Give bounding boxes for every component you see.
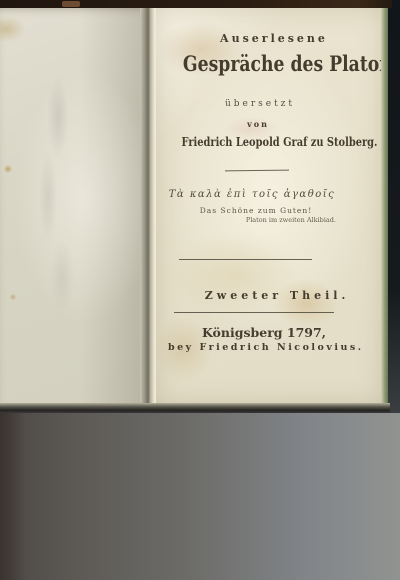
title-page: Auserlesene Gespräche des Platon überset…: [156, 7, 384, 406]
open-book: Auserlesene Gespräche des Platon überset…: [0, 0, 400, 413]
book-title: Gespräche des Platon: [160, 51, 352, 76]
page-block-bottom-edge: [0, 403, 390, 413]
by-label: von: [164, 119, 352, 129]
book-top-edge: [0, 0, 392, 8]
imprint-place-year: Königsberg 1797,: [176, 325, 352, 340]
right-dark-edge: [388, 0, 400, 413]
motto-german: Das Schöne zum Guten!: [160, 206, 352, 215]
divider-imprint: [174, 312, 334, 313]
motto-greek: Τὰ καλὰ ἐπὶ τοῖς ἀγαθοῖς: [160, 189, 344, 200]
volume-label: Zweeter Theil.: [202, 289, 352, 302]
translated-label: übersetzt: [168, 99, 352, 109]
facing-blank-page: [0, 7, 146, 406]
title-page-text: Auserlesene Gespräche des Platon überset…: [160, 7, 352, 406]
divider-middle: [179, 259, 312, 260]
book-photo: Auserlesene Gespräche des Platon überset…: [0, 0, 400, 580]
motto-attribution: Platon im zweiten Alkibiad.: [160, 216, 352, 224]
page-gutter: [140, 7, 157, 406]
imprint-publisher: bey Friedrich Nicolovius.: [168, 342, 352, 353]
divider-top: [225, 170, 289, 172]
series-line: Auserlesene: [196, 32, 352, 45]
binding-notch: [62, 1, 80, 7]
translator-name: Friedrich Leopold Graf zu Stolberg.: [160, 135, 340, 149]
